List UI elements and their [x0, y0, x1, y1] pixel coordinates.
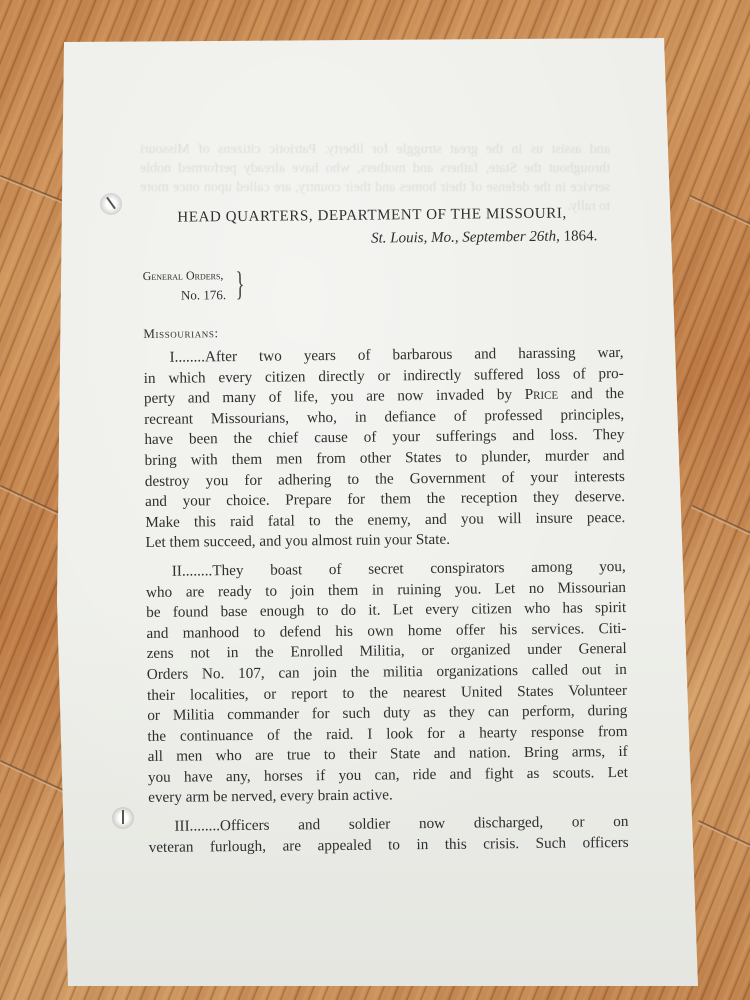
dateline-year: 1864. [563, 228, 597, 244]
paragraph-line: Let them succeed, and you almost ruin yo… [145, 528, 625, 554]
orders-label: General Orders, [143, 268, 224, 283]
headquarters-title: HEAD QUARTERS, DEPARTMENT OF THE MISSOUR… [142, 205, 592, 227]
general-orders-document: HEAD QUARTERS, DEPARTMENT OF THE MISSOUR… [142, 205, 629, 858]
orders-block: General Orders, No. 176. } [143, 261, 623, 306]
paragraph-2: II........They boast of secret conspirat… [146, 557, 629, 809]
name-price: Price [525, 386, 559, 403]
paragraph-1: I........After two years of barbarous an… [143, 343, 625, 554]
floorboard-seam [689, 195, 750, 227]
orders-number: No. 176. [143, 285, 226, 306]
salutation: Missourians: [143, 321, 623, 342]
floorboard-seam [691, 505, 750, 537]
brace-icon: } [235, 268, 244, 302]
paragraph-numeral: III........ [174, 817, 220, 834]
paragraph-numeral: I........ [169, 348, 205, 365]
paragraph-3: III........Officers and soldier now disc… [148, 812, 628, 858]
paragraph-line: every arm be nerved, every brain active. [148, 783, 628, 809]
staple-hole-icon [112, 807, 134, 829]
floorboard-seam [697, 820, 750, 848]
paragraph-numeral: II........ [172, 562, 213, 579]
floorboard-seam [0, 760, 64, 792]
dateline: St. Louis, Mo., September 26th, 1864. [142, 228, 597, 250]
bleed-through-text: and assist us in the great struggle for … [140, 140, 610, 216]
floorboard-seam [0, 485, 64, 517]
dateline-place: St. Louis, Mo., September 26th, [371, 229, 560, 247]
staple-hole-icon [100, 193, 122, 215]
